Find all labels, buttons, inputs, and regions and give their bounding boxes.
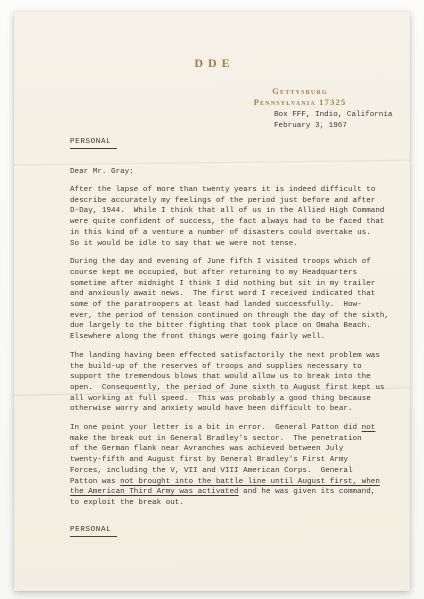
letterhead-monogram: DDE bbox=[14, 56, 410, 71]
letter-date: February 3, 1967 bbox=[274, 121, 392, 132]
paragraph: During the day and evening of June fifth… bbox=[70, 257, 408, 343]
letterhead-state-zip: Pennsylvania 17325 bbox=[180, 97, 410, 107]
paragraph: After the lapse of more than twenty year… bbox=[70, 185, 408, 249]
photo-background: DDE Gettysburg Pennsylvania 17325 Box FF… bbox=[0, 0, 424, 599]
paragraph: The landing having been effected satisfa… bbox=[70, 351, 408, 415]
personal-marking-top: PERSONAL bbox=[70, 137, 117, 149]
heading-block: Box FFF, Indio, California February 3, 1… bbox=[274, 110, 392, 131]
salutation: Dear Mr. Gray: bbox=[70, 167, 134, 178]
letter-paper: DDE Gettysburg Pennsylvania 17325 Box FF… bbox=[14, 12, 410, 591]
personal-marking-bottom: PERSONAL bbox=[70, 525, 408, 537]
personal-marking-top-label: PERSONAL bbox=[70, 137, 117, 149]
sender-address: Box FFF, Indio, California bbox=[274, 110, 392, 121]
personal-marking-bottom-label: PERSONAL bbox=[70, 525, 117, 537]
letter-body: After the lapse of more than twenty year… bbox=[70, 185, 408, 509]
letter-content: After the lapse of more than twenty year… bbox=[70, 185, 408, 537]
paragraph: In one point your letter is a bit in err… bbox=[70, 423, 408, 509]
letterhead-city: Gettysburg bbox=[180, 86, 410, 96]
